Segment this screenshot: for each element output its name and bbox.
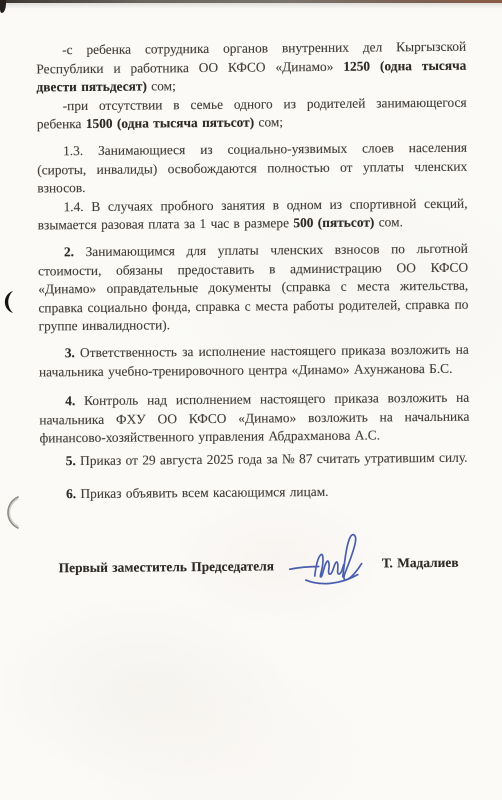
text-run: Ответственность за исполнение настоящего… — [39, 342, 469, 379]
paragraph-4: 4. Контроль над исполнением настоящего п… — [39, 389, 469, 449]
paragraph-number: 2. — [64, 244, 74, 259]
paragraph-1-4: 1.4. В случаях пробного занятия в одном … — [37, 194, 467, 235]
paragraph-6: 6. Приказ объявить всем касающимся лицам… — [40, 482, 470, 504]
paragraph-number: 6. — [66, 487, 76, 502]
text-run: Приказ от 29 августа 2025 года за № 87 с… — [76, 450, 468, 468]
paragraph-3: 3. Ответственность за исполнение настоящ… — [39, 341, 469, 382]
text-run-bold: 500 (пятьсот) — [293, 215, 374, 231]
handwritten-signature-icon — [288, 532, 370, 589]
text-run-bold: 1500 (одна тысяча пятьсот) — [86, 115, 254, 131]
text-run: Контроль над исполнением настоящего прик… — [39, 390, 469, 446]
signature-block: Первый заместитель Председателя Т. Мадал… — [58, 531, 466, 579]
paragraph-fee-single-parent: -при отсутствии в семье одного из родите… — [37, 93, 467, 134]
text-run: Приказ объявить всем касающимся лицам. — [76, 484, 329, 501]
text-run: сом; — [147, 78, 176, 93]
document-body: -с ребенка сотрудника органов внутренних… — [0, 0, 502, 579]
paragraph-1-3: 1.3. Занимающиеся из социально-уязвимых … — [37, 139, 467, 199]
text-run: сом; — [254, 115, 283, 130]
signatory-name: Т. Мадалиев — [382, 554, 459, 573]
text-run: сом. — [374, 215, 403, 230]
paragraph-5: 5. Приказ от 29 августа 2025 года за № 8… — [40, 449, 470, 471]
paragraph-number: 5. — [66, 453, 76, 468]
paragraph-number: 3. — [65, 345, 75, 360]
signatory-title: Первый заместитель Председателя — [59, 558, 274, 578]
text-run: 1.3. Занимающиеся из социально-уязвимых … — [37, 140, 467, 196]
text-run: 1.4. В случаях пробного занятия в одном … — [38, 195, 468, 232]
paragraph-2: 2. Занимающимся для уплаты членских взно… — [38, 240, 469, 337]
paragraph-number: 4. — [65, 393, 75, 408]
paragraph-fee-police-child: -с ребенка сотрудника органов внутренних… — [36, 38, 466, 98]
text-run: Занимающимся для уплаты членских взносов… — [38, 241, 468, 334]
